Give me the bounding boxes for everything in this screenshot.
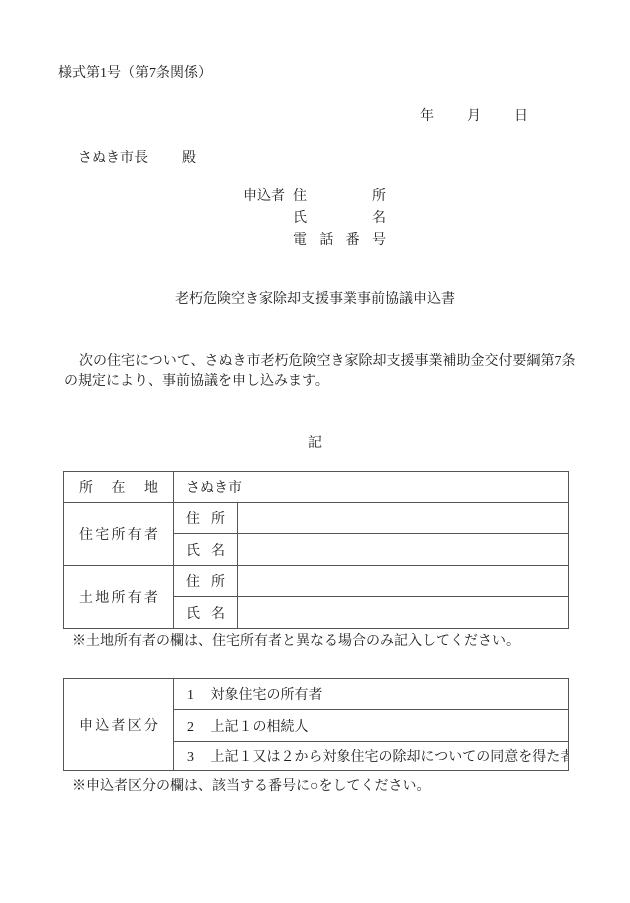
- document-title: 老朽危険空き家除却支援事業事前協議申込書: [0, 288, 630, 308]
- date-day-label: 日: [514, 105, 528, 125]
- table-row: 申込者区分 1 対象住宅の所有者: [64, 679, 569, 710]
- date-line: 年 月 日: [420, 105, 528, 125]
- applicant-label: 申込者: [243, 186, 293, 208]
- applicant-name-label: 氏名: [293, 208, 386, 230]
- applicant-address-label: 住所: [293, 186, 386, 208]
- option-3-number: 3: [187, 750, 194, 766]
- body-paragraph: 次の住宅について、さぬき市老朽危険空き家除却支援事業補助金交付要綱第7条 の規定…: [64, 352, 575, 392]
- land-owner-address-label-cell: 住所: [174, 566, 238, 597]
- body-line-1: 次の住宅について、さぬき市老朽危険空き家除却支援事業補助金交付要綱第7条: [64, 352, 575, 372]
- body-line-2: の規定により、事前協議を申し込みます。: [64, 372, 575, 392]
- option-3-text: 上記１又は２から対象住宅の除却についての同意を得た者: [211, 746, 569, 766]
- land-owner-note: ※土地所有者の欄は、住宅所有者と異なる場合のみ記入してください。: [72, 630, 520, 650]
- recipient-line: さぬき市長 殿: [78, 147, 196, 167]
- ki-heading: 記: [0, 432, 630, 452]
- option-2-number: 2: [187, 720, 194, 736]
- option-1-text: 対象住宅の所有者: [211, 684, 323, 704]
- table-row: 住宅所有者 住所: [64, 503, 569, 534]
- recipient-honorific: 殿: [182, 147, 196, 167]
- category-option-2-cell: 2 上記１の相続人: [174, 710, 569, 742]
- house-owner-name-value-cell: [238, 534, 569, 566]
- applicant-category-note: ※申込者区分の欄は、該当する番号に○をしてください。: [72, 775, 430, 795]
- form-number: 様式第1号（第7条関係）: [58, 62, 212, 82]
- owner-info-table: 所在地 さぬき市 住宅所有者 住所 氏名 土地所有者 住所 氏名: [63, 471, 569, 629]
- date-month-label: 月: [467, 105, 481, 125]
- applicant-category-table: 申込者区分 1 対象住宅の所有者 2 上記１の相続人 3 上記１又は２から対象住…: [63, 678, 569, 771]
- land-owner-address-value-cell: [238, 566, 569, 597]
- table-row: 所在地 さぬき市: [64, 472, 569, 503]
- location-value-cell: さぬき市: [174, 472, 569, 503]
- date-year-label: 年: [420, 105, 434, 125]
- category-option-1-cell: 1 対象住宅の所有者: [174, 679, 569, 710]
- location-label-cell: 所在地: [64, 472, 174, 503]
- house-owner-label-cell: 住宅所有者: [64, 503, 174, 566]
- document-page: 様式第1号（第7条関係） 年 月 日 さぬき市長 殿 申込者 住所 氏名 電話番…: [0, 0, 630, 903]
- option-2-text: 上記１の相続人: [211, 716, 309, 736]
- house-owner-address-value-cell: [238, 503, 569, 534]
- applicant-category-label-cell: 申込者区分: [64, 679, 174, 771]
- house-owner-address-label-cell: 住所: [174, 503, 238, 534]
- land-owner-label-cell: 土地所有者: [64, 566, 174, 629]
- land-owner-name-label-cell: 氏名: [174, 597, 238, 629]
- table-row: 土地所有者 住所: [64, 566, 569, 597]
- option-1-number: 1: [187, 688, 194, 704]
- category-option-3-cell: 3 上記１又は２から対象住宅の除却についての同意を得た者: [174, 742, 569, 771]
- applicant-phone-label: 電話番号: [293, 230, 386, 252]
- applicant-block: 申込者 住所 氏名 電話番号: [243, 186, 386, 252]
- applicant-fields: 住所 氏名 電話番号: [293, 186, 386, 252]
- recipient-name: さぬき市長: [78, 147, 148, 167]
- house-owner-name-label-cell: 氏名: [174, 534, 238, 566]
- land-owner-name-value-cell: [238, 597, 569, 629]
